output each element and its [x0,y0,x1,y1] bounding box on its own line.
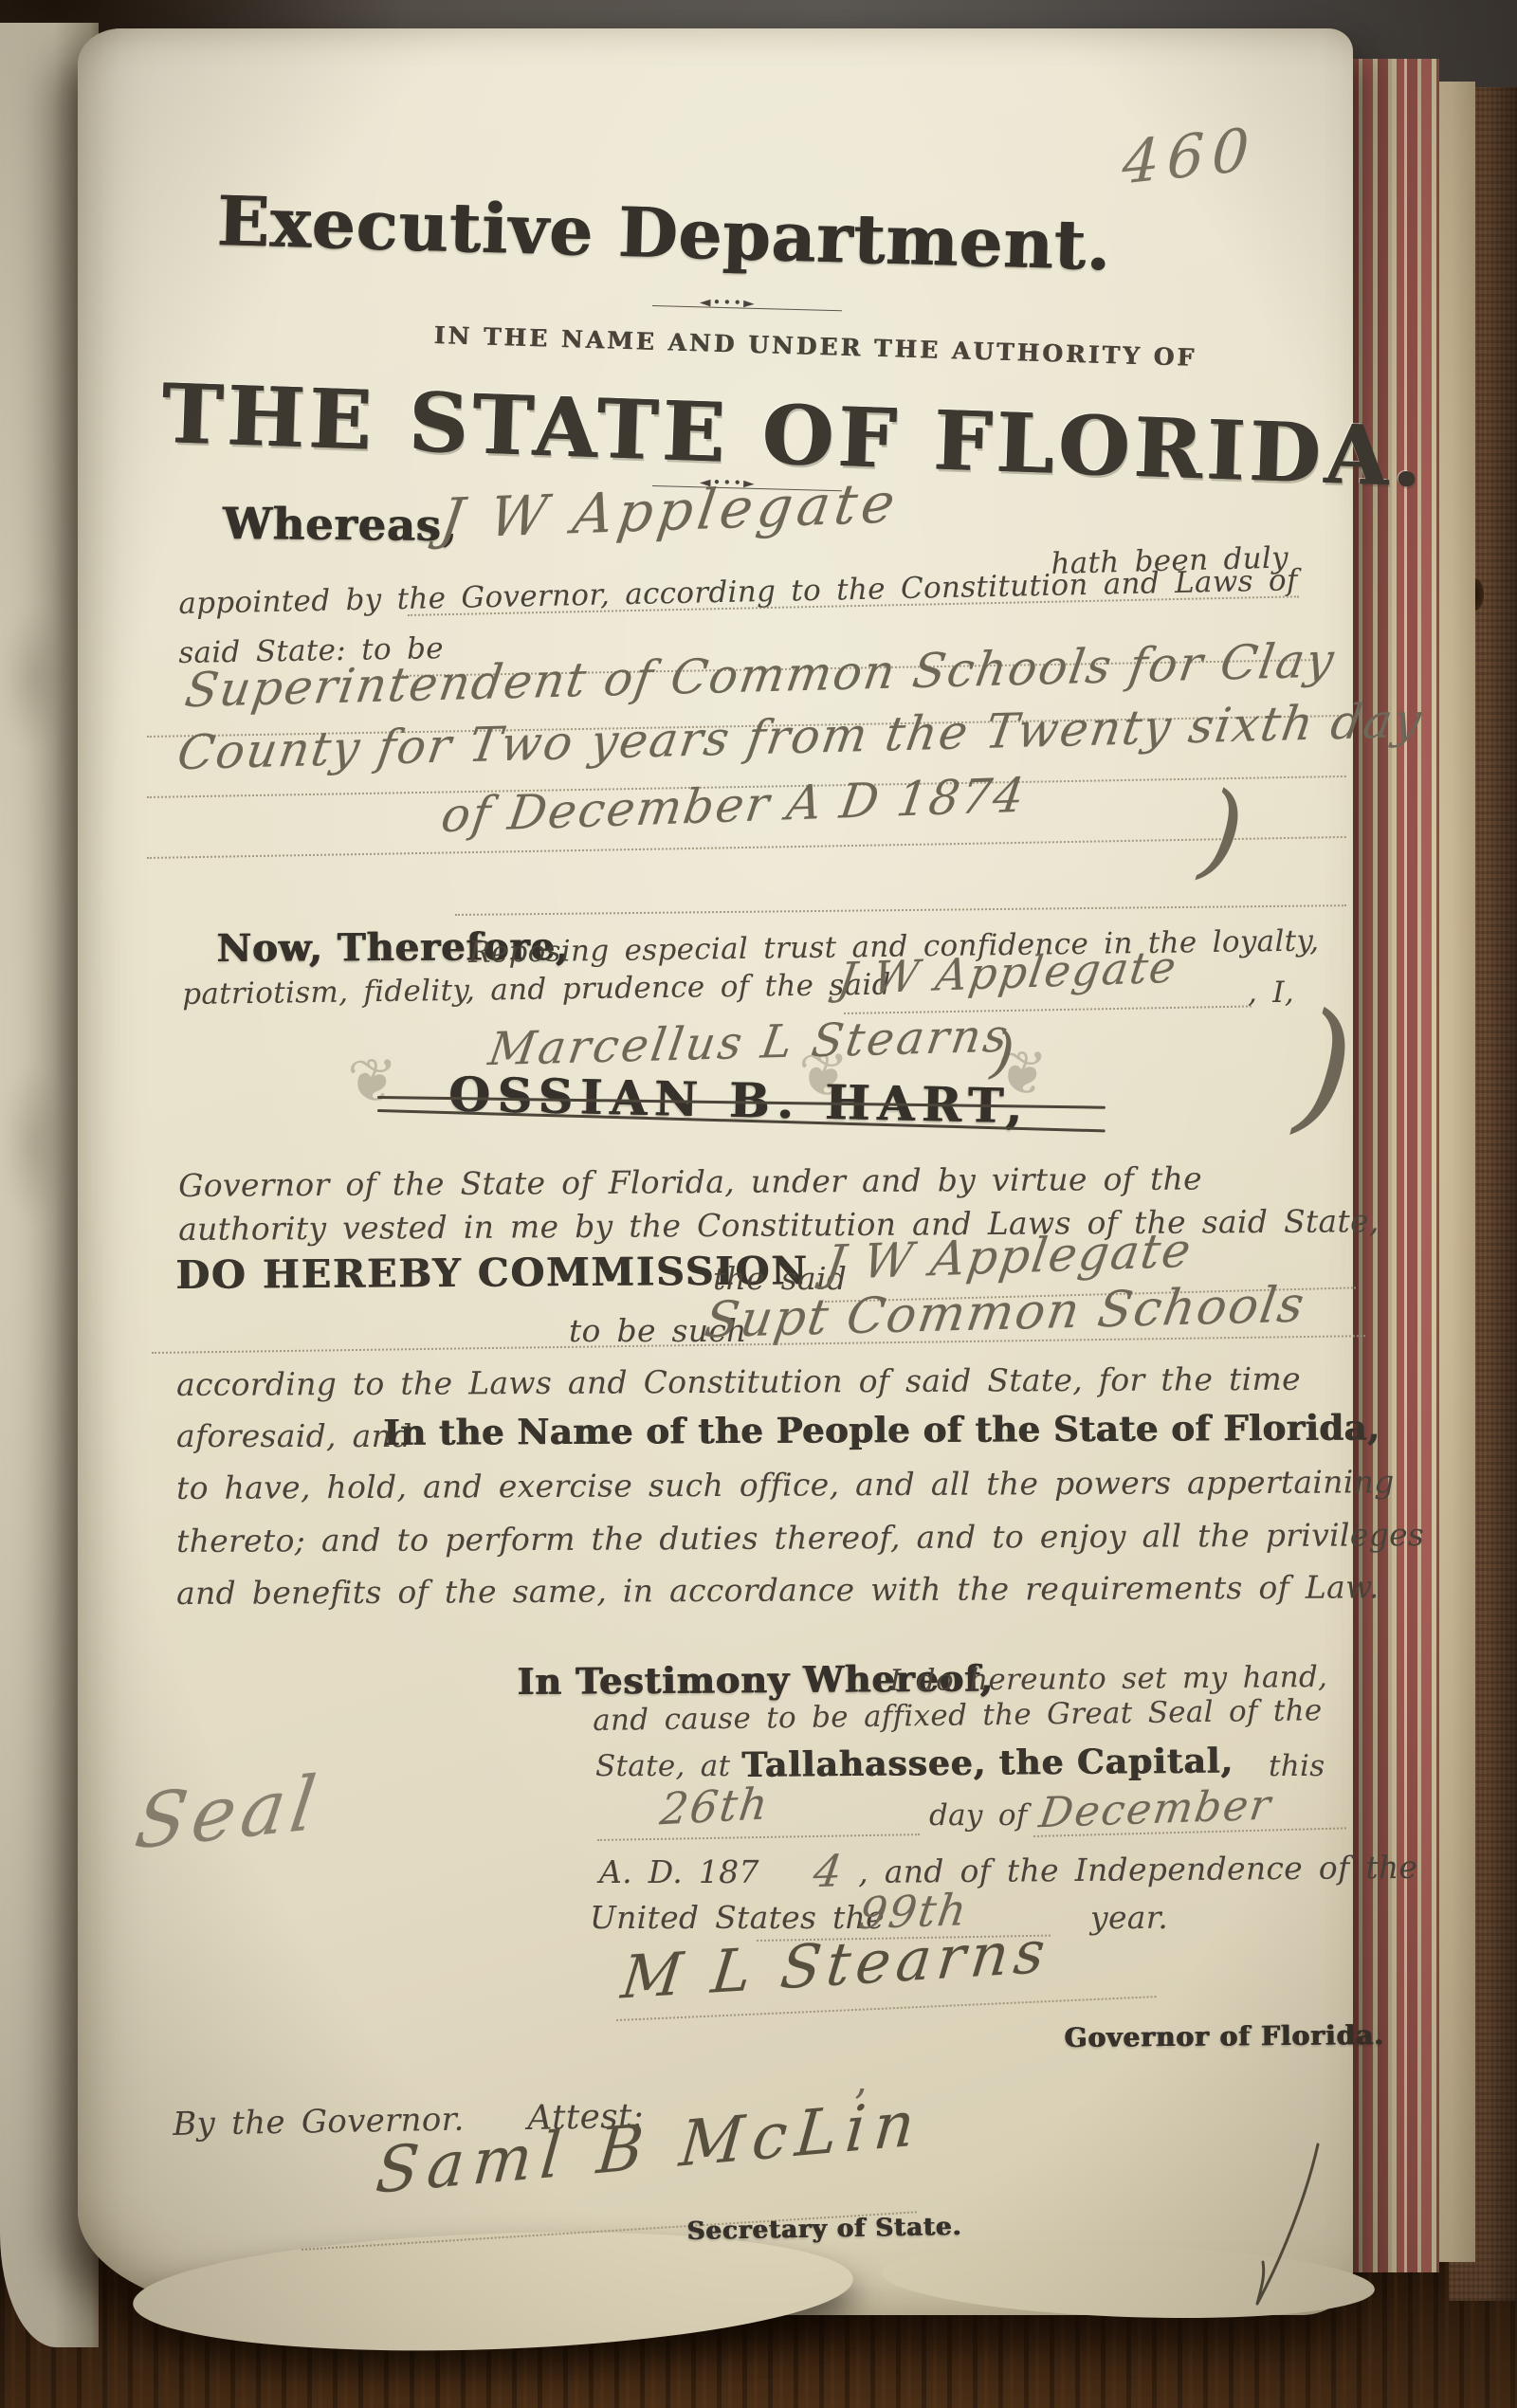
page-number: 460 [1121,115,1257,197]
day-of: day of [929,1799,1028,1833]
tallahassee-capital-bold: Tallahassee, the Capital, [741,1742,1234,1785]
day-handwritten: 26th [657,1779,772,1834]
body-line-3: to have, hold, and exercise such office,… [176,1464,1395,1506]
in-the-name-bold: In the Name of the People of the State o… [383,1407,1380,1452]
body-line-4: thereto; and to perform the duties there… [176,1517,1424,1560]
this-word: this [1269,1750,1325,1784]
ad-printed: A. D. 187 [599,1854,759,1890]
body-line-5: and benefits of the same, in accordance … [176,1569,1380,1612]
photographed-book-page: 460 Executive Department. ◄•••► IN THE N… [0,0,1517,2408]
pen-flourish: ) [1291,982,1359,1151]
body-line-1: according to the Laws and Constitution o… [176,1361,1301,1403]
pen-checkmark [1250,2141,1335,2311]
governor-of-line: Governor of the State of Florida, under … [178,1160,1202,1203]
divider-ornament: ◄•••► [700,293,757,312]
secretary-caption: Secretary of State. [686,2214,961,2247]
pen-tick: ’ [853,2082,868,2130]
whereas-label: Whereas, [223,499,458,551]
after-name-comma-i: , I, [1248,976,1294,1011]
aforesaid-and: aforesaid, and [176,1418,412,1454]
set-my-hand-line: I do hereunto set my hand, [889,1661,1327,1699]
ghost-writing [0,607,66,749]
state-at: State, at [595,1750,730,1784]
governor-caption: Governor of Florida. [1064,2020,1384,2053]
ghost-writing [0,1062,66,1223]
year-word: year. [1090,1900,1168,1936]
